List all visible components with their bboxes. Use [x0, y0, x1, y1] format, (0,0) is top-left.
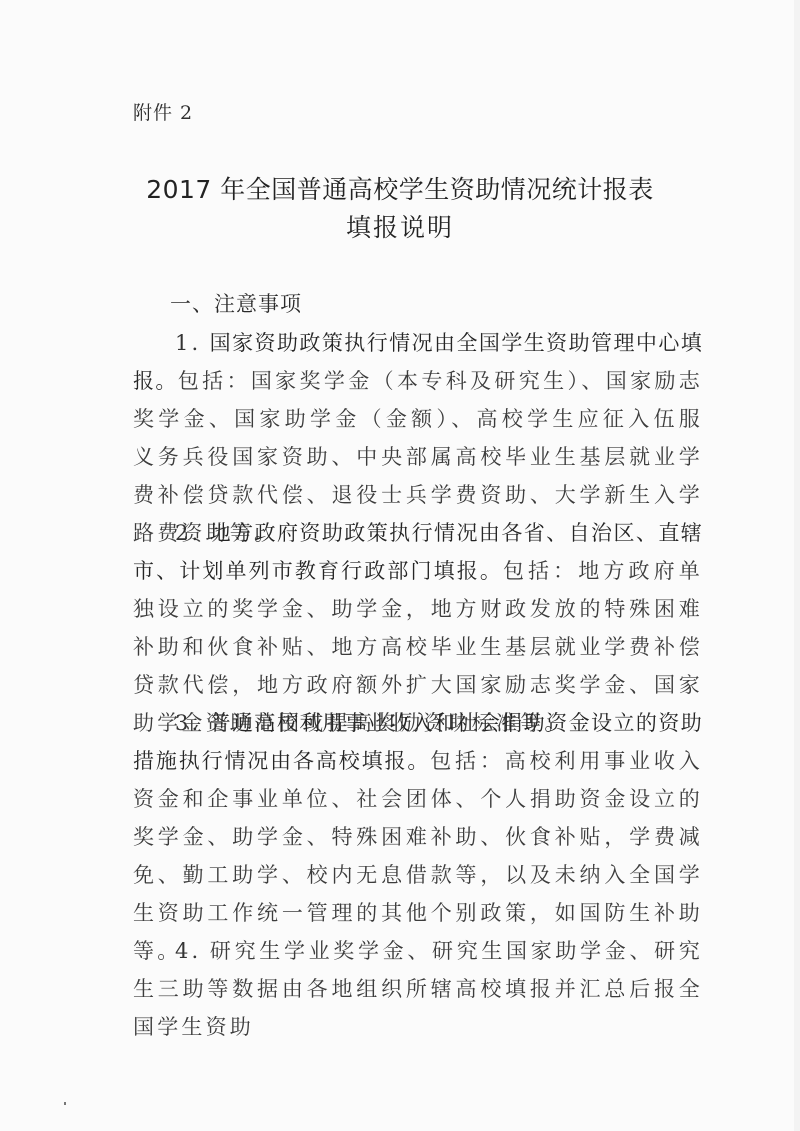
- paragraph-3: 3.普通高校利用事业收入和社会捐助资金设立的资助措施执行情况由各高校填报。包括：…: [133, 704, 703, 970]
- scan-artifact: [64, 1102, 66, 1105]
- paragraph-body: 包括：高校利用事业收入资金和企事业单位、社会团体、个人捐助资金设立的奖学金、助学…: [133, 749, 703, 963]
- document-title: 2017 年全国普通高校学生资助情况统计报表: [0, 170, 800, 206]
- attachment-label: 附件 2: [133, 98, 193, 125]
- document-subtitle: 填报说明: [0, 208, 800, 244]
- paragraph-number: 2.: [175, 521, 201, 545]
- paragraph-4: 4.研究生学业奖学金、研究生国家助学金、研究生三助等数据由各地组织所辖高校填报并…: [133, 932, 703, 1046]
- paragraph-body: 研究生学业奖学金、研究生国家助学金、研究生三助等数据由各地组织所辖高校填报并汇总…: [133, 939, 703, 1039]
- section-heading: 一、注意事项: [170, 288, 302, 318]
- paragraph-number: 3.: [175, 711, 201, 735]
- paragraph-number: 1.: [175, 331, 201, 355]
- paragraph-number: 4.: [175, 939, 201, 963]
